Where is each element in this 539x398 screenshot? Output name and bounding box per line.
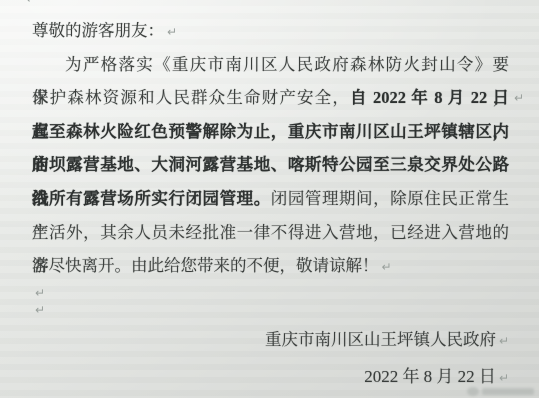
return-mark-icon: ↵ (167, 25, 177, 39)
document-line: 庙坝露营基地、大洞河露营基地、喀斯特公园至三泉交界处公路沿 (32, 148, 509, 182)
document-line: 重庆市南川区山王坪镇人民政府↵ (32, 323, 509, 357)
text-run: 保护森林资源和人民群众生命财产安全， (32, 88, 350, 107)
stray-return-mark-icon: ↵ (26, 0, 37, 7)
return-mark-icon: ↵ (35, 303, 45, 317)
return-mark-icon: ↵ (514, 82, 524, 116)
document-line: 生活外，其余人员未经批准一律不得进入营地，已经进入营地的游 (32, 216, 509, 250)
document-line: 为严格落实《重庆市南川区人民政府森林防火封山令》要求， (32, 48, 509, 82)
return-mark-icon: ↵ (499, 334, 509, 348)
text-run: 尊敬的游客朋友： (32, 21, 164, 40)
return-mark-icon: ↵ (35, 286, 45, 300)
document-line: 直至森林火险红色预警解除为止，重庆市南川区山王坪镇辖区内的 (32, 115, 509, 149)
document-line: 2022 年 8 月 22 日↵ (32, 360, 509, 394)
document-line: 尊敬的游客朋友：↵ (32, 14, 509, 48)
document-line: 线所有露营场所实行闭园管理。闭园管理期间，除原住民正常生产 (32, 182, 509, 216)
document-line: 客尽快离开。由此给您带来的不便，敬请谅解！↵ (32, 249, 509, 283)
text-run: 线所有露营场所实行闭园管理。 (32, 189, 271, 208)
notice-document: 尊敬的游客朋友：↵为严格落实《重庆市南川区人民政府森林防火封山令》要求，保护森林… (32, 14, 509, 394)
photo-watermark (467, 383, 537, 397)
document-line: 保护森林资源和人民群众生命财产安全，自 2022 年 8 月 22 日起，↵ (32, 81, 509, 115)
text-run: 客尽快离开。由此给您带来的不便，敬请谅解！ (32, 256, 379, 275)
document-line: ↵ (32, 300, 509, 317)
watermark-text-blob (482, 388, 534, 395)
text-run: 重庆市南川区山王坪镇人民政府 (265, 330, 496, 349)
notice-photo: ↵ 尊敬的游客朋友：↵为严格落实《重庆市南川区人民政府森林防火封山令》要求，保护… (0, 0, 539, 398)
return-mark-icon: ↵ (382, 260, 392, 274)
document-line: ↵ (32, 283, 509, 300)
watermark-logo-icon (467, 387, 479, 396)
